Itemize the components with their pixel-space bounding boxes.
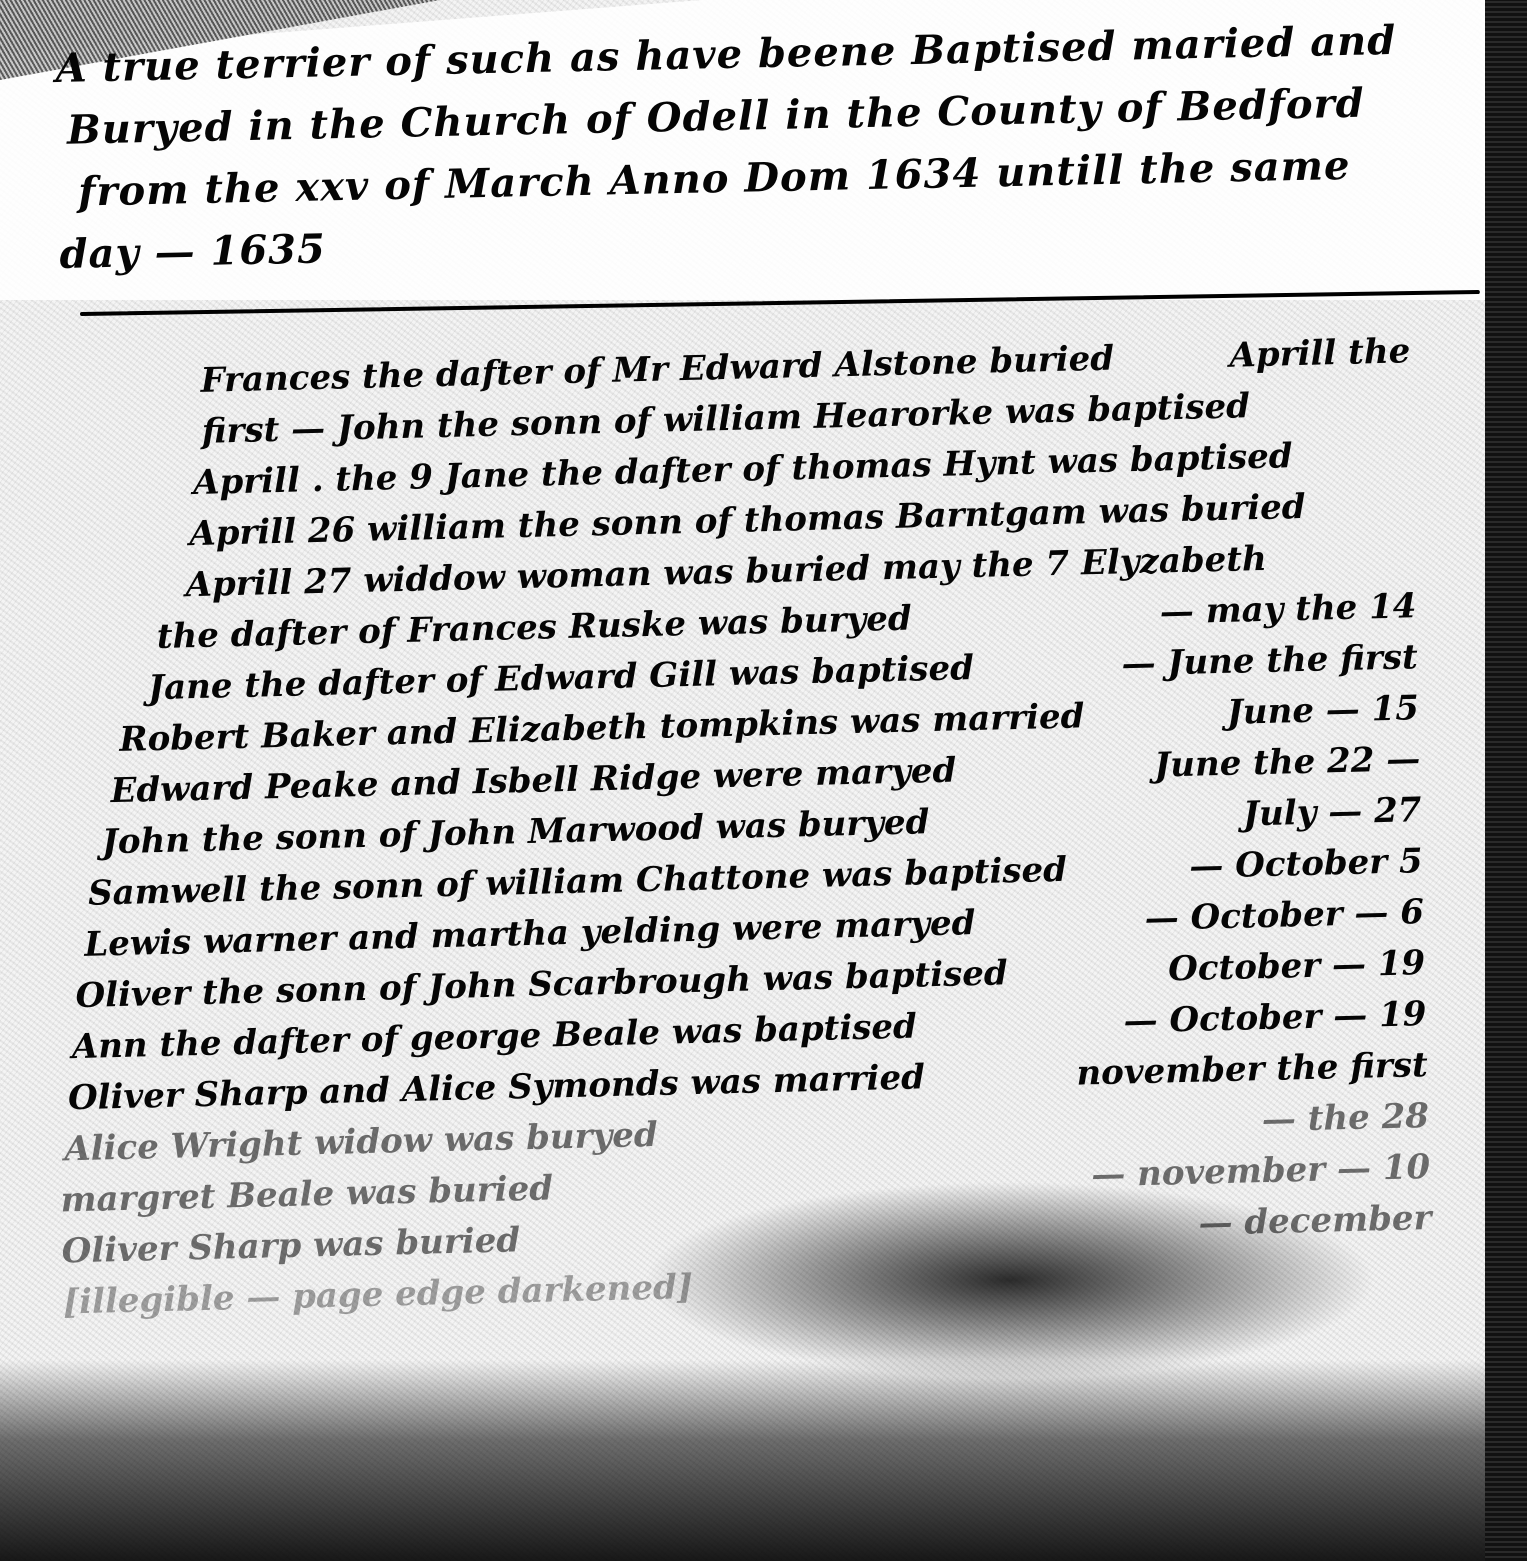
entry-date: October — 19 bbox=[1168, 938, 1426, 995]
entry-date: — June the first bbox=[1121, 632, 1418, 690]
heading-divider bbox=[80, 290, 1480, 316]
register-page: A true terrier of such as have beene Bap… bbox=[0, 0, 1527, 1561]
entry-date: — October — 6 bbox=[1144, 887, 1424, 945]
page-binding-edge bbox=[1485, 0, 1527, 1561]
entry-date: — the 28 bbox=[1261, 1091, 1429, 1146]
entry-date: — december bbox=[1198, 1193, 1432, 1250]
entry-date: — may the 14 bbox=[1159, 581, 1417, 638]
entry-date: november the first bbox=[1076, 1040, 1428, 1100]
entry-date: June the 22 — bbox=[1154, 734, 1421, 791]
register-entries: Frances the dafter of Mr Edward Alstone … bbox=[30, 325, 1493, 1329]
register-heading: A true terrier of such as have beene Bap… bbox=[55, 9, 1460, 286]
entry-date: — november — 10 bbox=[1091, 1142, 1431, 1201]
entry-date: Aprill the bbox=[1229, 326, 1411, 381]
entry-date: July — 27 bbox=[1242, 785, 1422, 840]
entry-date: June — 15 bbox=[1226, 683, 1419, 739]
entry-date: — October — 19 bbox=[1123, 989, 1427, 1047]
entry-date: — October 5 bbox=[1189, 836, 1424, 893]
